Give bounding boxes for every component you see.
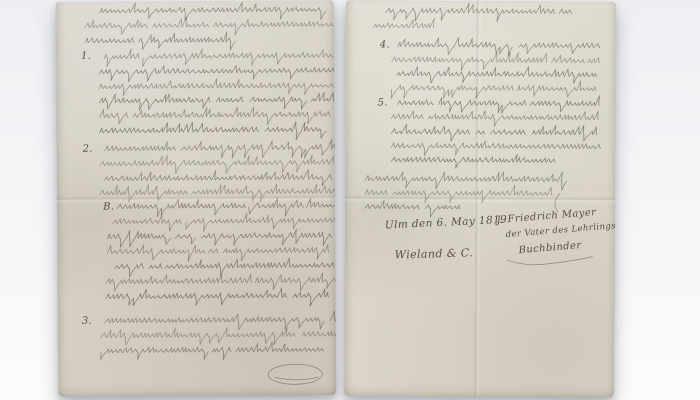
item-number-item-1: 1. [81, 52, 91, 62]
photo-background: 1.2.B.3. 4.5.Ulm den 6. May 1819J. Fried… [0, 0, 700, 400]
handwriting-ink-right [344, 0, 616, 397]
right-page: 4.5.Ulm den 6. May 1819J. Friedrich Maye… [344, 0, 616, 397]
handwriting-ink-left [56, 0, 337, 397]
item-number-item-5: 5. [377, 98, 387, 108]
item-number-item-4: 4. [380, 40, 390, 50]
company-signature: Wieland & C. [395, 247, 474, 260]
left-page: 1.2.B.3. [56, 0, 337, 397]
item-number-item-3: 3. [82, 317, 92, 327]
item-number-item-2: 2. [83, 145, 93, 155]
item-number-item-2-sub-B: B. [103, 203, 114, 213]
